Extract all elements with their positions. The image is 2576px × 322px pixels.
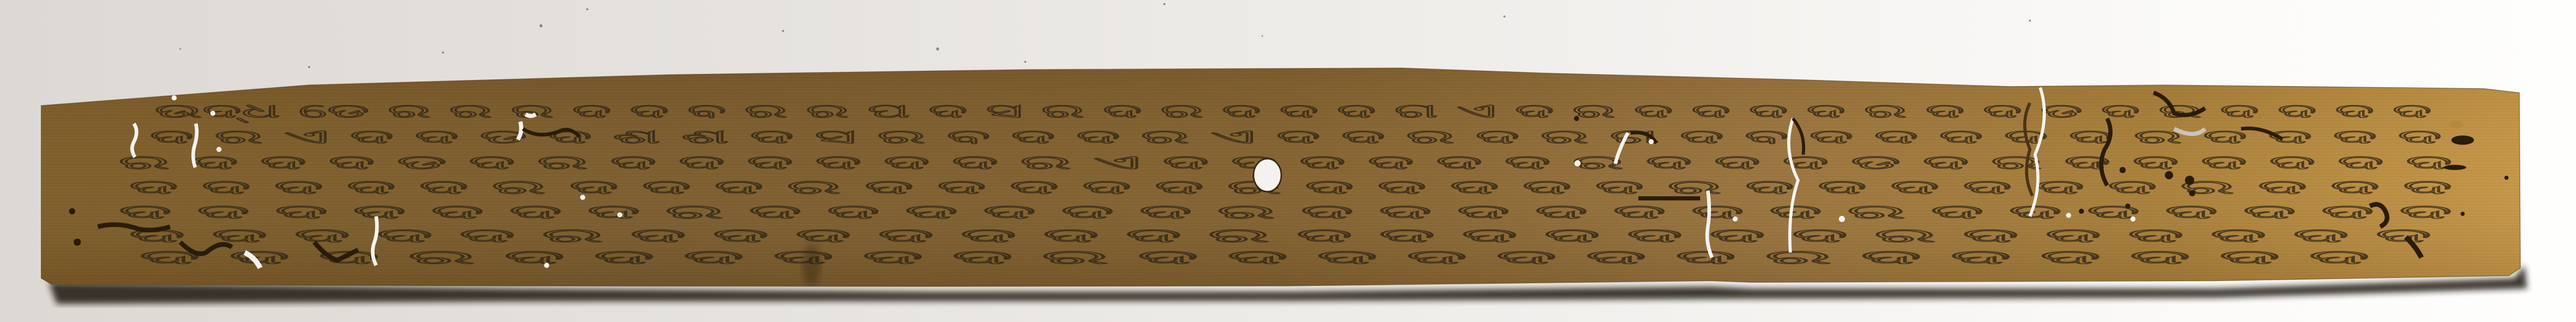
manuscript-text: ଉଦ୍ଧ ଡେ ର ର ର ଦ ଦ ବ ର ର ପ ଦ ସ ର ଦ ର ଦ ଦ …: [118, 99, 2452, 268]
text-line-6: ଦ ଦ ଦ ଦ ଦ ର ଦ ଦ ଦ ଦ ଦ ଦ ଦ ର ଦ ଦ ଦ ଦ ଦ ଦ …: [129, 224, 2432, 247]
text-line-1: ଉଦ୍ଧ ଡେ ର ର ର ଦ ଦ ବ ର ର ପ ଦ ସ ର ଦ ର ଦ ଦ …: [155, 99, 2432, 123]
photo-scene: ଉଦ୍ଧ ଡେ ର ର ର ଦ ଦ ବ ର ର ପ ଦ ସ ର ଦ ର ଦ ଦ …: [0, 0, 2576, 322]
text-line-2: ଦ ର ଏ ଦ ଦ ଡ ଦ ଶ ଶ ଦ ସ ର ବ ଦ ଦ ର ଏ ଦ ଦ ର …: [149, 125, 2442, 148]
backdrop-specks: [180, 3, 2031, 68]
text-line-7: ଦ ଦ ଦ ର ଦ ଦ ଦ ଦ ଦ ଦ ର ଦ ଦ ଦ ଦ ଦ ଦ ଦ ର ଦ …: [139, 246, 2370, 268]
text-line-5: ଦ ଦ ଦ ଦ ଦ ଦ ଦ ର ଦ ଦ ଦ ଦ ଦ ଦ ର ଦ ଦ ଦ ଦ ଦ …: [118, 200, 2452, 223]
string-hole: [1253, 159, 1281, 192]
